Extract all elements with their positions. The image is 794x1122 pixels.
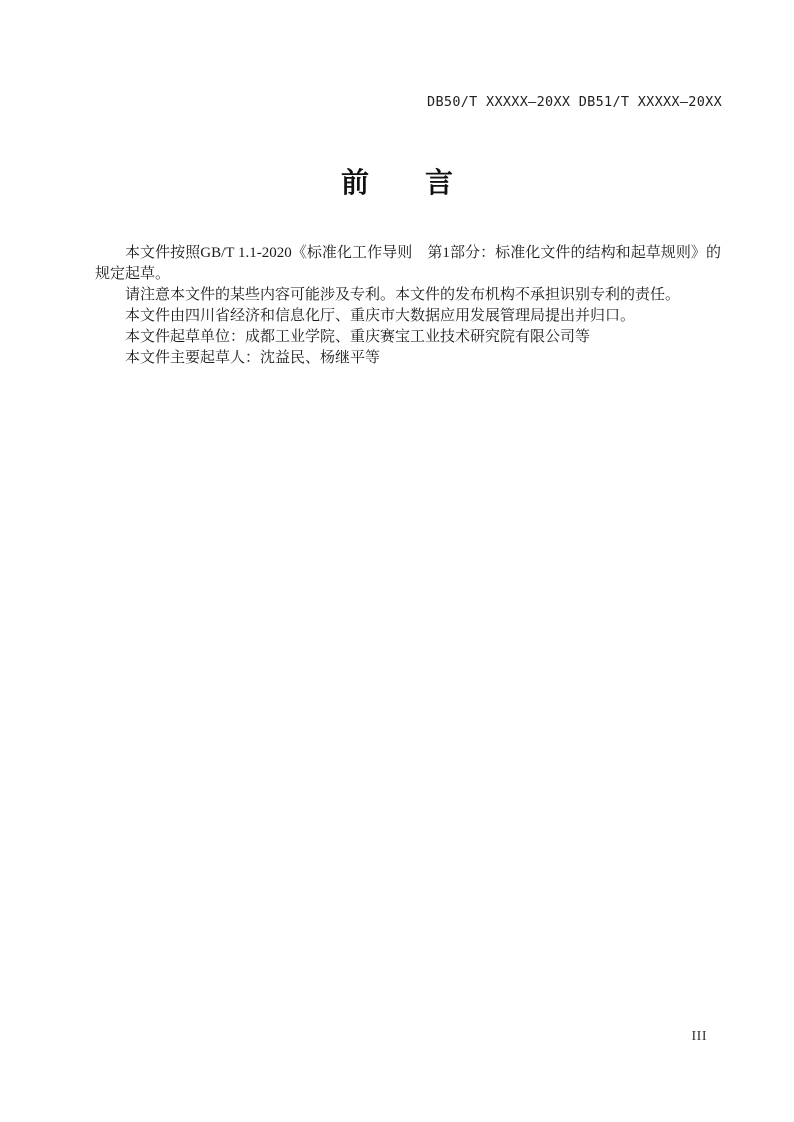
page-number: III [692, 1029, 708, 1045]
foreword-body: 本文件按照GB/T 1.1-2020《标准化工作导则 第1部分：标准化文件的结构… [95, 243, 721, 369]
paragraph-drafting-organizations: 本文件起草单位：成都工业学院、重庆赛宝工业技术研究院有限公司等 [95, 327, 721, 348]
paragraph-patent-notice: 请注意本文件的某些内容可能涉及专利。本文件的发布机构不承担识别专利的责任。 [95, 285, 721, 306]
document-page: DB50/T XXXXX—20XX DB51/T XXXXX—20XX 前 言 … [0, 0, 794, 1122]
standard-code-header: DB50/T XXXXX—20XX DB51/T XXXXX—20XX [427, 94, 722, 110]
page-title: 前 言 [0, 167, 794, 199]
paragraph-proposing-body: 本文件由四川省经济和信息化厅、重庆市大数据应用发展管理局提出并归口。 [95, 306, 721, 327]
paragraph-drafting-basis: 本文件按照GB/T 1.1-2020《标准化工作导则 第1部分：标准化文件的结构… [95, 243, 721, 285]
paragraph-main-drafters: 本文件主要起草人：沈益民、杨继平等 [95, 348, 721, 369]
